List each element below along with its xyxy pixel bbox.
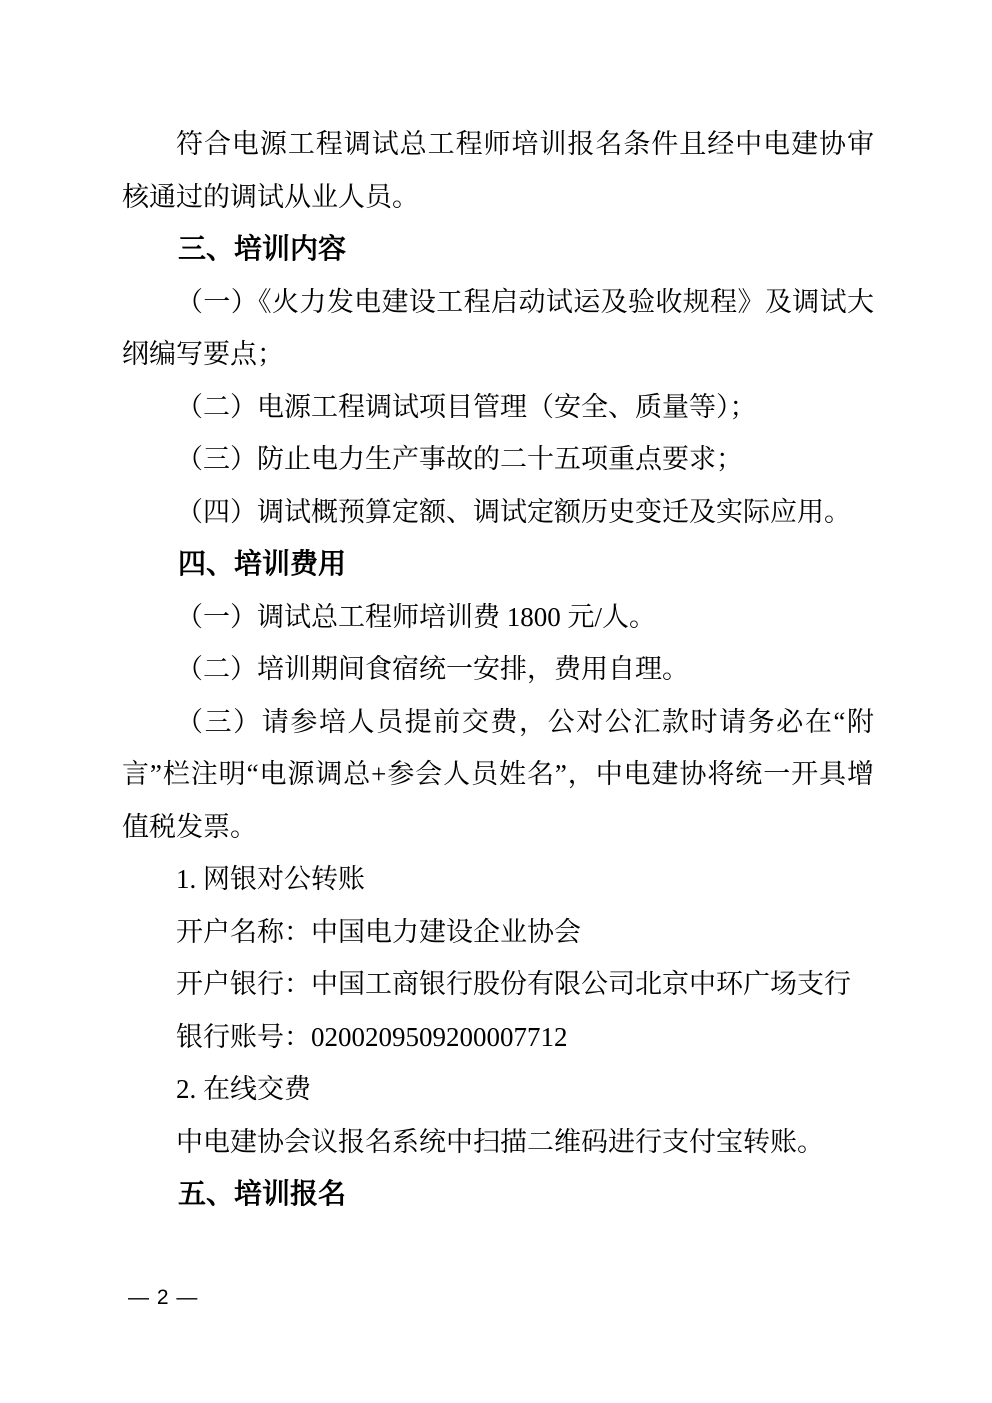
paragraph-content-item-4: （四）调试概预算定额、调试定额历史变迁及实际应用。 (122, 486, 874, 539)
paragraph-eligibility: 符合电源工程调试总工程师培训报名条件且经中电建协审核通过的调试从业人员。 (122, 118, 874, 223)
paragraph-bank-transfer-title: 1. 网银对公转账 (122, 853, 874, 906)
paragraph-content-item-3: （三）防止电力生产事故的二十五项重点要求； (122, 433, 874, 486)
paragraph-online-payment-desc: 中电建协会议报名系统中扫描二维码进行支付宝转账。 (122, 1116, 874, 1169)
page-number: — 2 — (128, 1286, 198, 1310)
paragraph-fee-item-3: （三）请参培人员提前交费，公对公汇款时请务必在“附言”栏注明“电源调总+参会人员… (122, 696, 874, 854)
paragraph-content-item-1: （一）《火力发电建设工程启动试运及验收规程》及调试大纲编写要点； (122, 276, 874, 381)
section-heading-registration: 五、培训报名 (122, 1168, 874, 1221)
document-page: 符合电源工程调试总工程师培训报名条件且经中电建协审核通过的调试从业人员。 三、培… (0, 0, 992, 1403)
section-heading-training-fee: 四、培训费用 (122, 538, 874, 591)
paragraph-fee-item-2: （二）培训期间食宿统一安排，费用自理。 (122, 643, 874, 696)
paragraph-content-item-2: （二）电源工程调试项目管理（安全、质量等）； (122, 381, 874, 434)
paragraph-online-payment-title: 2. 在线交费 (122, 1063, 874, 1116)
paragraph-account-name: 开户名称：中国电力建设企业协会 (122, 906, 874, 959)
document-body: 符合电源工程调试总工程师培训报名条件且经中电建协审核通过的调试从业人员。 三、培… (122, 118, 874, 1221)
paragraph-bank-name: 开户银行：中国工商银行股份有限公司北京中环广场支行 (122, 958, 874, 1011)
paragraph-fee-item-1: （一）调试总工程师培训费 1800 元/人。 (122, 591, 874, 644)
paragraph-account-number: 银行账号：0200209509200007712 (122, 1011, 874, 1064)
section-heading-training-content: 三、培训内容 (122, 223, 874, 276)
